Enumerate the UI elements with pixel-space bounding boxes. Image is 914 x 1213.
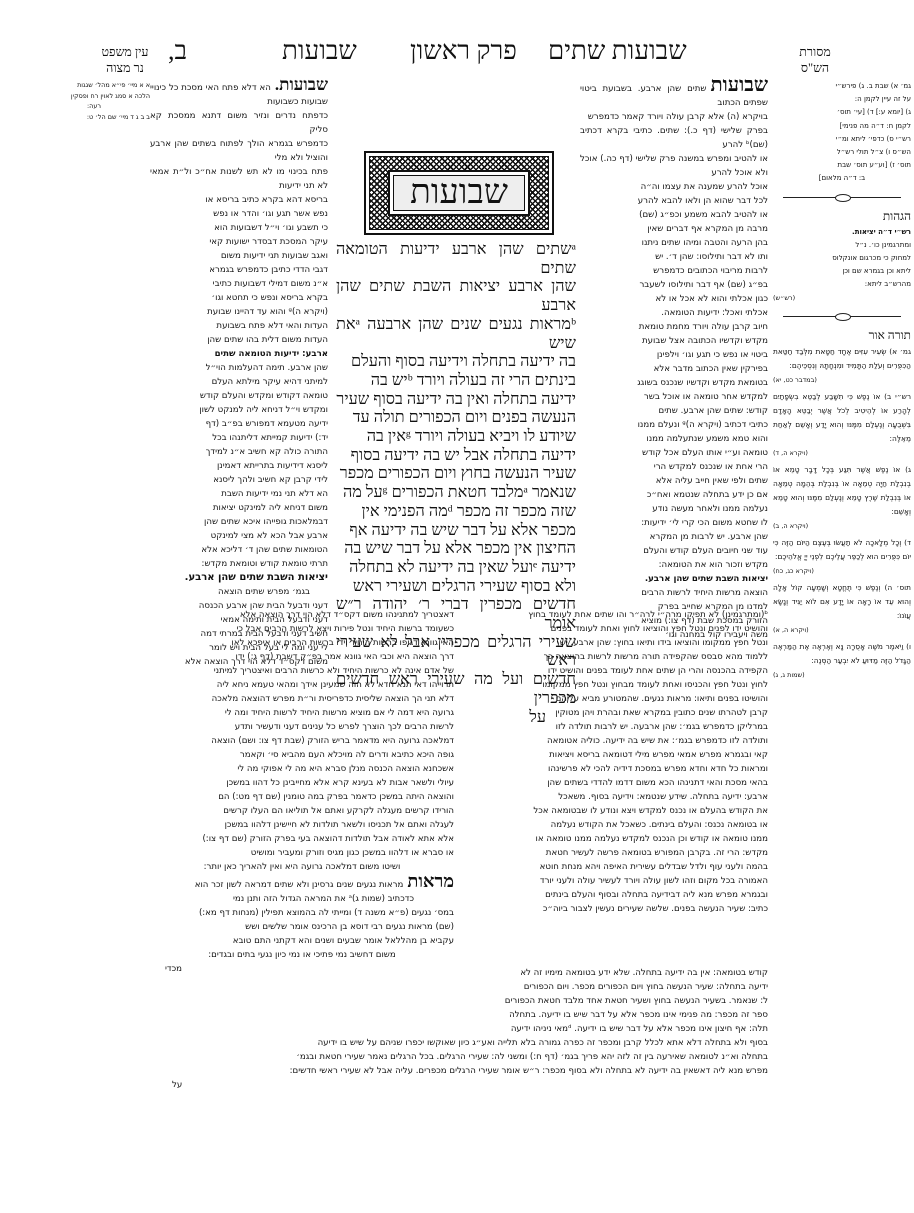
tosafot-line: דאצטריך למתנינהו משום דקס״ד דלא הוי דרך …: [150, 608, 454, 622]
rashi-line: שתים ולפי שאין חייב עליה אלא: [580, 474, 768, 488]
rashi-line: והושיטו בפנים ותיאו: מראות נגעים. שהמטור…: [462, 692, 768, 706]
chapter-number: פרק ראשון: [410, 36, 517, 66]
tosafot-line: האי גוונא דגופו ברשות היחיד וידו ברשות ה…: [150, 636, 454, 650]
rashi-line: ללמוד מהא סבסס שהקפידה תורה מרשות לרשות …: [462, 650, 768, 664]
hagahot-line: ליתא וכן בגמרא שם וכן: [773, 265, 911, 278]
gemara-line: בינתים הרי זה בעולה ויורד ᵇיש בה: [336, 371, 576, 390]
torah-or-entry: רש״י ב) אוֹ נֶפֶשׁ כִּי תִשָּׁבַע לְבַטֵ…: [773, 390, 911, 460]
masoret-line: הש״ס ו) צ״ל תולי רש״ל: [773, 146, 911, 159]
gemara-line: ᵃשתים שהן ארבע ידיעות הטומאה שתים: [336, 240, 576, 277]
rashi-line: או להטיב להבא משמע וכפ״ג (שם): [580, 208, 768, 222]
chapter-name: שבועות שתים: [548, 36, 687, 66]
ein-mishpat-title-top: עין משפט: [90, 44, 160, 60]
rashi-line: טומאה וע״י אותו העלם אכל קודש: [580, 446, 768, 460]
rashi-line: בטומאת מקדש וקדשיו שנכנס בשוגג: [580, 376, 768, 390]
tosafot-opening-word: שבועות.: [275, 75, 328, 94]
rashi-opening-word: שבועות: [710, 74, 768, 96]
rashi-line: בהמה ולעני עוף ולדל שבדלים עשירית האיפה …: [462, 860, 768, 874]
ein-mishpat-column: א א מיי׳ פי״א מהל׳ שגגות הלכה א סמג לאוי…: [38, 80, 150, 122]
rashi-line: תלה: אף חיצון אינו מכפר אלא על דבר שיש ב…: [150, 1022, 768, 1036]
hagahot-source: (רש״ש): [773, 292, 911, 305]
hagahot-line: למחוק כי מכרגום אונקלוס: [773, 252, 911, 265]
rashi-line: ובגמרא מפרש מנא ליה דבידיעה בתחלה ובסוף …: [462, 888, 768, 902]
tosafot-line: הטומאות שתים שהן ד׳ דליכא אלא: [150, 543, 328, 557]
tosafot-line: (שם) מראות נגעים רבי דוסא בן הרכינס אומר…: [150, 920, 454, 934]
torah-or-entry: תוס׳ ה) וְנֶפֶשׁ כִּי תֶחֱטָא וְשָׁמְעָה…: [773, 581, 911, 637]
rashi-line: האמורה בכל מקום וזהו לשון עולה ויורד לעש…: [462, 874, 768, 888]
masoret-line: על זה עיין לקמן ה:: [773, 93, 911, 106]
tosafot-line: לעגלה ואתם אל תכניסו ולשאר תולדות לא חיי…: [150, 818, 454, 832]
rashi-line: ל: שנאמר. בשעיר הנעשה בחוץ ושעיר חטאת אח…: [150, 994, 768, 1008]
rashi-line: בהאי מסכת והאי דתנינהו הכא משום דדמו להד…: [462, 776, 768, 790]
masoret-hashas-column: גמ׳ א) שבת ב. ג) פירש״י על זה עיין לקמן …: [773, 80, 911, 685]
rashi-line: ומראות כל חדא וחדא מפרש במסכת דידיה להכי…: [462, 762, 768, 776]
torah-or-verse: ד) וְכָל מְלָאכָה לֹא תַעֲשׂוּ בְּעֶצֶם …: [773, 536, 911, 564]
tosafot-line: א״נ משום דמילי דשבועות כתיבי: [150, 277, 328, 291]
tosafot-line: דגבי הדדי כתיבן כדמפרש בגמרא: [150, 263, 328, 277]
tosafot-line: נפש אשר תגע וגו׳ והדר או נפש: [150, 207, 328, 221]
tosafot-line: גרועה היא דמה לי אם מוציא מרשות היחיד לר…: [150, 706, 454, 720]
rashi-column-upper: שבועותשתים שהן ארבע. בשבועת ביטוי שפתים …: [580, 78, 768, 642]
tosafot-line: תרתי טומאת קודש וטומאת מקדש:: [150, 557, 328, 571]
rashi-line: בפ״ג (שם) אף דבר ותילוסו לשעבר: [580, 278, 768, 292]
tosafot-line: (ויקרא ה)ᵍ והוא עד דהיינו שבועת: [150, 305, 328, 319]
gemara-line: שהן ארבע יציאות השבת שתים שהן ארבע: [336, 277, 576, 314]
tosafot-line: דמלאכה גרועה היא מדאמר בריש הזורק (שבת ד…: [150, 734, 454, 748]
torah-or-ref: (במדבר כט, יא): [773, 373, 911, 387]
masoret-line: רש״י ס) כדפי׳ ליתא ומ״י: [773, 133, 911, 146]
gemara-line: מכפר אלא על דבר שיש בה ידיעה אף: [336, 521, 576, 540]
gemara-line: שזה מכפר זה מכפר ᵈמה הפנימי אין: [336, 502, 576, 521]
ein-mishpat-line: רעה:: [38, 101, 150, 112]
rashi-column-lower: ᵇ(ומתרגמינן) לא תפיקו מרה״י לרה״ר והו שת…: [462, 608, 768, 916]
tosafot-line-text: מראות נגעים שנים גרסינן ולא שתים דמראה ל…: [195, 880, 404, 890]
tosafot-line: משום דניחא ליה למינקט יציאות: [150, 501, 328, 515]
masoret-line: תוס׳ ז) [וע״ע תוס׳ שבת: [773, 159, 911, 172]
tosafot-line: עיולי ולשאר אבות לא בעינא קרא אלא מחייבי…: [150, 776, 454, 790]
rashi-line: במרליקן כדמפרש בגמ׳: שהן ארבעה. יש לרבות…: [462, 720, 768, 734]
rashi-line: אוכל להרע שמענה את עצמו וה״ה: [580, 180, 768, 194]
ein-mishpat-line: א א מיי׳ פי״א מהל׳ שגגות: [38, 80, 150, 91]
hagahot-line: מהרש״ב ליתא:: [773, 278, 911, 291]
torah-or-verse: גמ׳ א) שְׂעִיר עִזִּים אֶחָד חַטָּאת מִל…: [773, 345, 911, 373]
rashi-line: בסוף ולא בתחלה דלא אתא לכלל קרבן ומכפר ז…: [150, 1036, 768, 1050]
torah-or-verse: תוס׳ ה) וְנֶפֶשׁ כִּי תֶחֱטָא וְשָׁמְעָה…: [773, 581, 911, 623]
masoret-line: לקמן ח: ד״ה מה פנימי]: [773, 120, 911, 133]
tosafot-line: העדות והאי דלא פתח בשבועת: [150, 319, 328, 333]
torah-or-verse: ג) אוֹ נֶפֶשׁ אֲשֶׁר תִּגַּע בְּכָל דָּב…: [773, 463, 911, 519]
gemara-line: שעיר הנעשה בחוץ ויום הכפורים מכפר: [336, 464, 576, 483]
rashi-line: בפירקין שאין הכתוב מדבר אלא: [580, 362, 768, 376]
rashi-line: קרבן לטהרתו שנים כתובין במקרא שאת ובהרת …: [462, 706, 768, 720]
tosafot-line: גופה היכא כתיבא ודרים לה מויכלא העם מהבי…: [150, 748, 454, 762]
tosafot-line: של אדם אינה לא כרשות היחיד ולא כרשות הרב…: [150, 664, 454, 678]
rashi-line: ספר זה מכפר: מה פנימי אינו מכפר אלא על ד…: [150, 1008, 768, 1022]
tosafot-line: והוצאה היתה במשכן כדאמר בפרק במה טומנין …: [150, 790, 454, 804]
gemara-line: ᵇמראות נגעים שנים שהן ארבעה ᵃאת שיש: [336, 315, 576, 352]
tosafot-line: לידי קרבן קא חשיב ולהך ליסנא: [150, 473, 328, 487]
rashi-line: כתיבי דכתיב (ויקרא ה)ᵍ ונעלם ממנו: [580, 418, 768, 432]
ein-mishpat-title: עין משפט נר מצוה: [90, 44, 160, 76]
gemara-line: ידיעה בתחלה ואין בה ידיעה בסוף שעיר: [336, 390, 576, 409]
tosafot-line: במס׳ נגעים (פ״א משנה ד) ומייתי לה בהמוצא…: [150, 906, 454, 920]
page-number: ב,: [168, 36, 187, 66]
rashi-column-bottom: קודש בטומאה: אין בה ידיעה בתחלה. שלא ידע…: [150, 966, 768, 1092]
rashi-line: שהן ארבע. יש לרבות מן המקרא: [580, 530, 768, 544]
tosafot-line: בגמ׳ מפרש שתים הוצאה: [150, 585, 328, 599]
tosafot-line: כדכתיב (שמות ג)ᵃ את המראה הגדול הזה ותנן…: [150, 892, 454, 906]
rashi-line: ותו לא דבר ותילוסו: שהן ד׳. יש: [580, 250, 768, 264]
masoret-line: גמ׳ א) שבת ב. ג) פירש״י: [773, 80, 911, 93]
torah-or-ref: (ויקרא ה, ב): [773, 519, 911, 533]
tosafot-headword: מראות: [407, 871, 454, 891]
torah-or-ref: (ויקרא ה, א): [773, 623, 911, 637]
torah-or-ref: (שמות ג, ג): [773, 668, 911, 682]
tractate-title-frame: שבועות: [364, 151, 554, 235]
tosafot-line: בריסא דהא בקרא כתיב בריסא או: [150, 193, 328, 207]
rashi-line: הקפידה בהכנסה והרי הן שתים אחת לעומד בפנ…: [462, 664, 768, 678]
tosafot-line: בקרא בריסא ונפש כי תחטא וגו׳: [150, 291, 328, 305]
rashi-line: ממנו טומאה או קודש וכן הנכנס למקדש נעלמה…: [462, 832, 768, 846]
tosafot-line: דלא תני הך הוצאה שליסית כדפריסית ור״ת מפ…: [150, 692, 454, 706]
rashi-line: לכל דבר שהוא הן ולאו להבא להרע: [580, 194, 768, 208]
torah-or-title: תורה אור: [773, 327, 911, 343]
rashi-line: מקדש: הרי זה. בקרבן המפורש בטומאה פרשה ל…: [462, 846, 768, 860]
rashi-line: מפרש מנא ליה דאשאין בה ידיעה לא בתחלה ול…: [150, 1064, 768, 1078]
tosafot-line: הא דלא תני נמי ידיעות השבת: [150, 487, 328, 501]
torah-or-entry: גמ׳ א) שְׂעִיר עִזִּים אֶחָד חַטָּאת מִל…: [773, 345, 911, 387]
rashi-line: בתחלה וא״נ לטומאה שאירעה בין זה לזה יהא …: [150, 1050, 768, 1064]
tosafot-line: משום דחשיב נמי פתיכי או נמי כיון נגעי בת…: [150, 948, 454, 962]
rashi-line: מרבה מן המקרא אף דברים שאין: [580, 222, 768, 236]
gemara-line: ידיעה בתחלה אבל יש בה ידיעה בסוף: [336, 446, 576, 465]
tosafot-line: העדות משום דלית בהו שתים שהן: [150, 333, 328, 347]
rashi-line: לו שחטא משום הכי קרי לי׳ ידיעות:: [580, 516, 768, 530]
tosafot-line: טומאה דקודש ומקדש והעלם קודש: [150, 389, 328, 403]
masoret-line: ג) [יומא ע:] ד) [עי׳ תוס׳: [773, 106, 911, 119]
tosafot-line: ארבע אבל הכא לא מצי למינקט: [150, 529, 328, 543]
tosafot-line: ארבע: ידיעות הטומאה שתים: [150, 347, 328, 361]
rashi-line: אם כן ידע בתחלה שנטמא ואח״כ: [580, 488, 768, 502]
gemara-line: הנעשה בפנים ויום הכפורים תולה עד: [336, 408, 576, 427]
rashi-line: קודש בטומאה: אין בה ידיעה בתחלה. שלא ידע…: [150, 966, 768, 980]
tosafot-line: כדפתח נדרים ונזיר משום דתנא ממסכת קא סלי…: [150, 109, 328, 137]
hagahot-line: ומתרגמינן כו׳. נ״ל: [773, 239, 911, 252]
torah-or-entry: ו) וַיֹּאמֶר מֹשֶׁה אָסֻרָה נָּא וְאֶרְא…: [773, 640, 911, 682]
rashi-line: יציאות השבת שתים שהן ארבע.: [580, 572, 768, 586]
ornament-divider: [783, 192, 901, 202]
rashi-line: לרבות מריבוי הכתובים כדמפרש: [580, 264, 768, 278]
rashi-catchword: על: [150, 1078, 768, 1092]
tosafot-column-lower: דאצטריך למתנינהו משום דקס״ד דלא הוי דרך …: [150, 608, 454, 976]
gemara-line: ידיעה ᵉועל שאין בה ידיעה לא בתחלה: [336, 558, 576, 577]
rashi-line: מקדש וזכור הוא את הטומאה:: [580, 558, 768, 572]
rashi-line: קודש: שתים שהן ארבע. שתים: [580, 404, 768, 418]
rashi-line: למקדש אחר טומאה או אוכל בשר: [580, 390, 768, 404]
torah-or-entry: ג) אוֹ נֶפֶשׁ אֲשֶׁר תִּגַּע בְּכָל דָּב…: [773, 463, 911, 533]
tractate-title-word: שבועות: [410, 176, 508, 210]
torah-or-ref: (ויקרא ה, ד): [773, 446, 911, 460]
tosafot-line: תרוייהו דאי תנא חדא לא הוה שמעינן אידך ו…: [150, 678, 454, 692]
tosafot-line: יציאות השבת שתים שהן ארבע.: [150, 571, 328, 585]
tosafot-line: שהן ארבע. תימה דהעלמות הוי״ל: [150, 361, 328, 375]
torah-or-entry: ד) וְכָל מְלָאכָה לֹא תַעֲשׂוּ בְּעֶצֶם …: [773, 536, 911, 578]
rashi-line: כגון אכלתי והוא לא אכל או לא: [580, 292, 768, 306]
rashi-line: או בטומאה נכנס: והעלם בינתים. כשאכל את ה…: [462, 818, 768, 832]
tosafot-line: ואגב שבועות תני ידיעות משום: [150, 249, 328, 263]
tosafot-line: אשכחנא הוצאה הכנסה מנלן סברא היא מה לי א…: [150, 762, 454, 776]
masoret-title-top: מסורת: [780, 44, 850, 60]
masoret-line: ב: ד״ה מלאום]: [773, 172, 911, 185]
rashi-line: בפרק שלישי (דף כ.): שתים. כתיבי בקרא דכת…: [580, 124, 768, 152]
torah-or-verse: רש״י ב) אוֹ נֶפֶשׁ כִּי תִשָּׁבַע לְבַטֵ…: [773, 390, 911, 446]
tosafot-line: למיתני דהיא עיקר מילתא העלם: [150, 375, 328, 389]
tosafot-line: ליסנא דידיעות בתרייתא דאמינן: [150, 459, 328, 473]
tractate-name: שבועות: [282, 36, 357, 66]
tosafot-top-wide: שבועות.הא דלא פתח האי מסכת כל כינויי שבו…: [150, 78, 328, 669]
ein-mishpat-line: ב ב ג ד מיי׳ שם הל׳ ט:: [38, 112, 150, 123]
rashi-line: הרי אחת או שנכנס למקדש הרי: [580, 460, 768, 474]
rashi-line: ותולדה לזו כדמפרש בגמ׳: את שיש בה ידיעה.…: [462, 734, 768, 748]
rashi-line: הוצאה מרשות היחיד לרשות הרבים: [580, 586, 768, 600]
rashi-line: בויקרא (ה) אלא קרבן עולה ויורד קאמר כדמפ…: [580, 110, 768, 124]
rashi-line: קאי ובגמרא מפרש אמאי מפרש מילי דטומאה בר…: [462, 748, 768, 762]
tosafot-line: פתח בכינוי מו לא תש לשנות אח״כ ול״ת אמאי…: [150, 165, 328, 193]
tosafot-line: ידיעה מטעמא דמפורש בפ״ב (דף: [150, 417, 328, 431]
torah-or-ref: (ויקרא כג, כח): [773, 564, 911, 578]
rashi-line: נעלמה ממנו ולאחר מעשה נודע: [580, 502, 768, 516]
rashi-line: והוא טמא משמע שנתעלמה ממנו: [580, 432, 768, 446]
ornament-divider: [783, 311, 901, 321]
tosafot-line: או סברא או דלהוו במשכן כגון מגיס וזורק ו…: [150, 846, 454, 860]
rashi-line: ידיעה בתחלה: שעיר הנעשה בחוץ ויום הכפורי…: [150, 980, 768, 994]
tosafot-line: התורה כולה קא חשיב א״נ למידך: [150, 445, 328, 459]
tosafot-line: יד:) ידיעות קמייתא דליתנהו בכל: [150, 431, 328, 445]
tosafot-line: לרשות הרבים לכך הוצרך לפרש כל ענינים דענ…: [150, 720, 454, 734]
rashi-line: מקדש וקדשיו הכתובה אצל שבועת: [580, 334, 768, 348]
torah-or-verse: ו) וַיֹּאמֶר מֹשֶׁה אָסֻרָה נָּא וְאֶרְא…: [773, 640, 911, 668]
rashi-line: ᵇ(ומתרגמינן) לא תפיקו מרה״י לרה״ר והו שת…: [462, 608, 768, 622]
tosafot-line: ומקדש וי״ל דניחא ליה למנקט לשון: [150, 403, 328, 417]
masoret-hashas-title: מסורת הש"ס: [780, 44, 850, 76]
tosafot-line: אלא אתא לאודה אבל תולדות דהוצאה בעי בפרק…: [150, 832, 454, 846]
ner-mitzvah-title: נר מצוה: [90, 60, 160, 76]
rashi-line: כתיב: שעיר הנעשה בפנים. שלשה שעירים נעשי…: [462, 902, 768, 916]
tosafot-line: מראותמראות נגעים שנים גרסינן ולא שתים דמ…: [150, 874, 454, 892]
tosafot-line: כי תשבע וגו׳ וי״ל דשבועות הוא: [150, 221, 328, 235]
rashi-line: עוד שני חיובים העלם קודש והעלם: [580, 544, 768, 558]
tosafot-line: עקביא בן מהללאל אומר שבעים ושנים והא דקת…: [150, 934, 454, 948]
rashi-line: לחוץ ונטל חפץ והכניסו ואחת לעומד מבחוץ ו…: [462, 678, 768, 692]
rashi-line: בהן הרעה והטבה ומיהו שתים ניתנו: [580, 236, 768, 250]
tosafot-line: כשעומד ברשות היחיד ונטל פירות ויצא לרשות…: [150, 622, 454, 636]
tosafot-line: דרך הוצאה היא וכבי האי גוונא אמר בפ״ק דש…: [150, 650, 454, 664]
tosafot-line: דבמלאכות גופייהו איכא שתים שהן: [150, 515, 328, 529]
rashi-line: ביטוי או נפש כי תגע וגו׳ וילפינן: [580, 348, 768, 362]
rashi-line: חיוב קרבן עולה ויורד מחמת טומאת: [580, 320, 768, 334]
gemara-line: שיודע לו ויביא בעולה ויורד ᵍאין בה: [336, 427, 576, 446]
rashi-line: או להטיב ומפרש במשנה פרק שלישי (דף כה.) …: [580, 152, 768, 180]
gemara-line: ולא בסוף שעירי הרגלים ושעירי ראש: [336, 577, 576, 596]
rashi-line: אכלתי ואכל: ידיעות הטומאה.: [580, 306, 768, 320]
hagahot-title: הגהות: [773, 208, 911, 224]
tosafot-line: עיקר המסכת דבסדר ישועות קאי: [150, 235, 328, 249]
ein-mishpat-line: הלכה א סמג לאוין רח ופסקין: [38, 91, 150, 102]
gemara-line: החיצון אין מכפר אלא על דבר שיש בה: [336, 539, 576, 558]
tosafot-line: כדמפרש בגמרא הולך לפתוח בשתים שהן ארבע ו…: [150, 137, 328, 165]
rashi-line: את הקודש בהעלם או נכנס למקדש ויצא ונודע …: [462, 804, 768, 818]
hashas-title: הש"ס: [780, 60, 850, 76]
tosafot-line: הורידו קרשים מעגלה לקרקע ואתם אל תוליאו …: [150, 804, 454, 818]
rashi-line: ארבע: ידיעה בתחלה. שידע שנטמא: וידיעה בס…: [462, 790, 768, 804]
rashi-line: והושיט ידו לפנים ונטל חפץ והוציאו לחוץ ו…: [462, 622, 768, 636]
gemara-line: שנאמר ᵃמלבד חטאת הכפורים ᵍעל מה: [336, 483, 576, 502]
gemara-line: בה ידיעה בתחלה וידיעה בסוף והעלם: [336, 352, 576, 371]
rashi-line: ונטל חפץ ממקומו והוציאו בידו ותיאו בחוץ:…: [462, 636, 768, 650]
hagahot-line: רש״י ד״ה יציאות.: [773, 226, 911, 239]
